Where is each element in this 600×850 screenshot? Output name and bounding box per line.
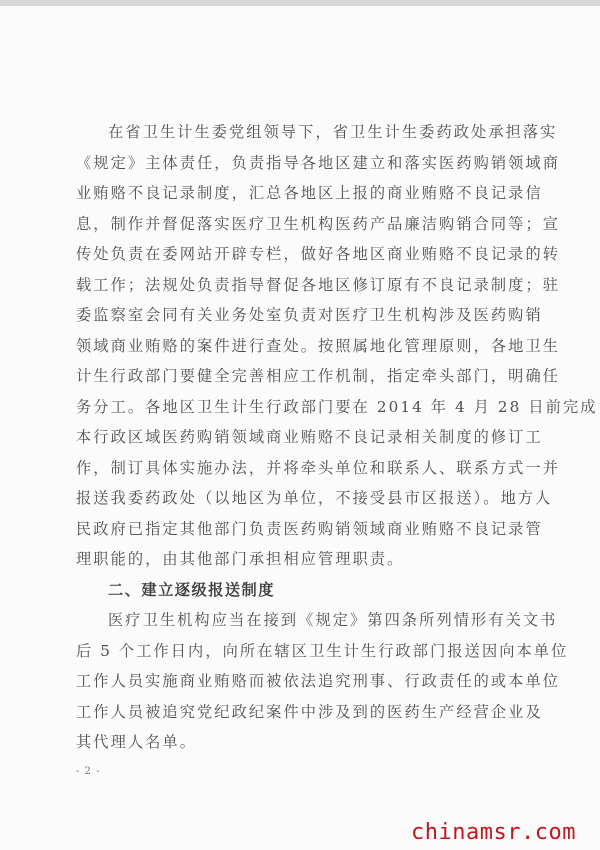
text-line: 息，制作并督促落实医疗卫生机构医药产品廉洁购销合同等；宣 (76, 209, 532, 240)
text-line: 其代理人名单。 (76, 727, 532, 758)
text-line: 载工作；法规处负责指导督促各地区修订原有不良记录制度；驻 (76, 270, 532, 301)
text-line: 工作人员实施商业贿赂而被依法追究刑事、行政责任的或本单位 (76, 666, 532, 697)
section-heading: 二、建立逐级报送制度 (76, 575, 532, 606)
text-line: 委监察室会同有关业务处室负责对医疗卫生机构涉及医药购销 (76, 300, 532, 331)
text-line: 工作人员被追究党纪政纪案件中涉及到的医药生产经营企业及 (76, 697, 532, 728)
document-body: 在省卫生计生委党组领导下，省卫生计生委药政处承担落实 《规定》主体责任，负责指导… (76, 117, 532, 758)
page-number: - 2 - (76, 766, 100, 777)
text-line: 计生行政部门要健全完善相应工作机制，指定牵头部门，明确任 (76, 361, 532, 392)
text-line: 《规定》主体责任，负责指导各地区建立和落实医药购销领域商 (76, 148, 532, 179)
text-line: 后 5 个工作日内，向所在辖区卫生计生行政部门报送因向本单位 (76, 636, 532, 667)
text-line: 务分工。各地区卫生计生行政部门要在 2014 年 4 月 28 日前完成 (76, 392, 532, 423)
text-line: 作，制订具体实施办法，并将牵头单位和联系人、联系方式一并 (76, 453, 532, 484)
document-page: 在省卫生计生委党组领导下，省卫生计生委药政处承担落实 《规定》主体责任，负责指导… (0, 6, 600, 850)
text-line: 业贿赂不良记录制度，汇总各地区上报的商业贿赂不良记录信 (76, 178, 532, 209)
text-line: 理职能的，由其他部门承担相应管理职责。 (76, 544, 532, 575)
text-line: 民政府已指定其他部门负责医药购销领域商业贿赂不良记录管 (76, 514, 532, 545)
text-line: 在省卫生计生委党组领导下，省卫生计生委药政处承担落实 (76, 117, 532, 148)
text-line: 本行政区域医药购销领域商业贿赂不良记录相关制度的修订工 (76, 422, 532, 453)
site-watermark: chinamsr.com (411, 820, 576, 845)
text-line: 领域商业贿赂的案件进行查处。按照属地化管理原则，各地卫生 (76, 331, 532, 362)
text-line: 报送我委药政处（以地区为单位，不接受县市区报送）。地方人 (76, 483, 532, 514)
text-line: 医疗卫生机构应当在接到《规定》第四条所列情形有关文书 (76, 605, 532, 636)
text-line: 传处负责在委网站开辟专栏，做好各地区商业贿赂不良记录的转 (76, 239, 532, 270)
